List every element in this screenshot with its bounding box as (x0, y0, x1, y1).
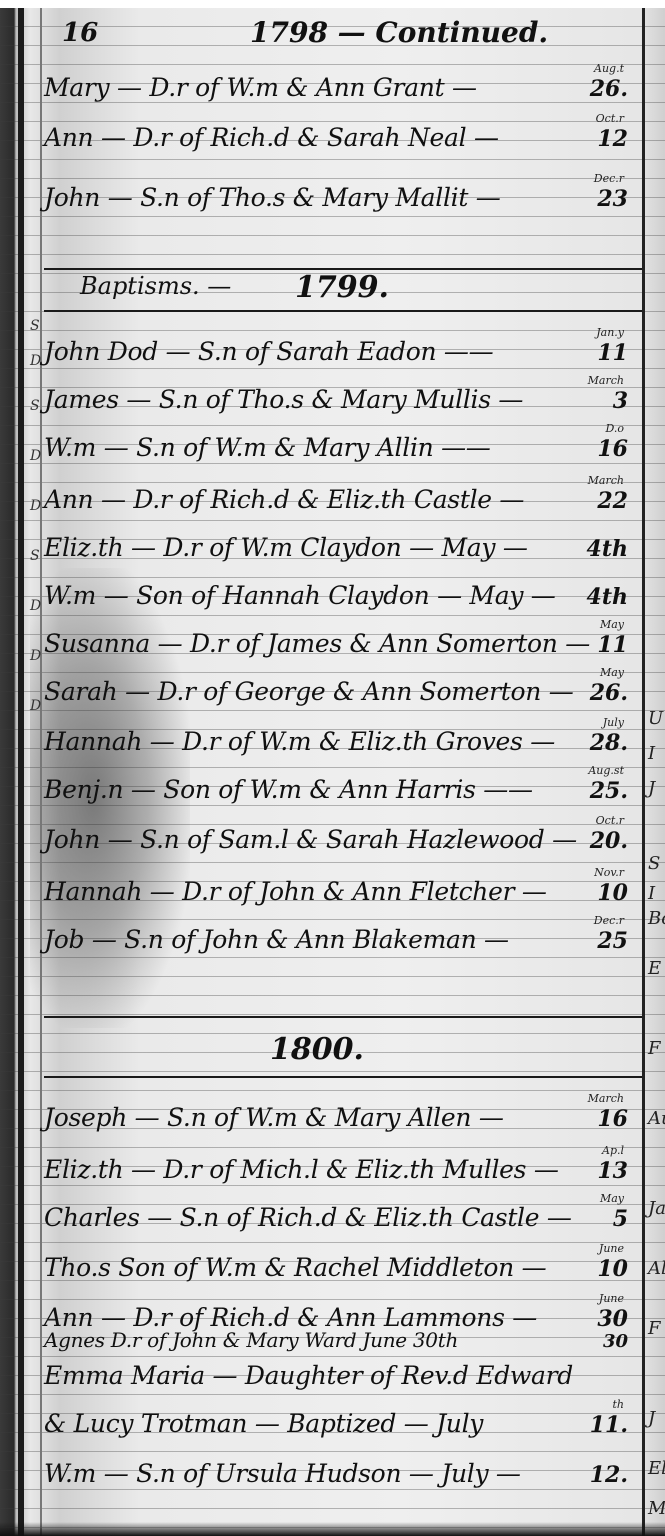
entry-text: Tho.s Son of W.m & Rachel Middleton — (44, 1253, 546, 1282)
register-entry: Sarah — D.r of George & Ann Somerton — M… (44, 670, 642, 710)
entry-text: Ann — D.r of Rich.d & Eliz.th Castle — (44, 485, 524, 514)
entry-day: 12. (590, 1462, 628, 1488)
adjacent-column-fragment: Ele (648, 1458, 665, 1479)
section-divider (44, 1016, 642, 1018)
margin-rule (40, 8, 42, 1536)
entry-month: March (588, 1092, 624, 1105)
margin-mark: D (30, 498, 41, 514)
entry-text: John — S.n of Sam.l & Sarah Hazlewood — (44, 825, 577, 854)
entry-month: May (600, 618, 624, 631)
register-entry: Benj.n — Son of W.m & Ann Harris —— Aug.… (44, 768, 642, 808)
register-entry: W.m — Son of Hannah Claydon — May — 4th (44, 574, 642, 614)
entry-day: 11 (597, 340, 628, 366)
entry-month: May (600, 1192, 624, 1205)
entry-day: 26. (590, 680, 628, 706)
entry-day: 16 (597, 436, 628, 462)
entry-month: July (603, 716, 624, 729)
entry-text: Susanna — D.r of James & Ann Somerton — (44, 629, 590, 658)
entry-day: 11 (597, 632, 628, 658)
adjacent-column-fragment: I (648, 743, 655, 764)
register-entry: John — S.n of Sam.l & Sarah Hazlewood — … (44, 818, 642, 858)
register-entry: Joseph — S.n of W.m & Mary Allen — March… (44, 1096, 642, 1136)
entry-day: 20. (590, 828, 628, 854)
entry-text: Agnes D.r of John & Mary Ward June 30th (44, 1328, 458, 1352)
entry-text: Mary — D.r of W.m & Ann Grant — (44, 73, 477, 102)
entry-text: Joseph — S.n of W.m & Mary Allen — (44, 1103, 504, 1132)
entry-day: 26. (590, 76, 628, 102)
binding-edge (18, 8, 24, 1536)
entry-month: Oct.r (596, 814, 624, 827)
entry-text: John Dod — S.n of Sarah Eadon —— (44, 337, 493, 366)
year-heading-1799: 1799. (295, 270, 389, 305)
entry-day: 25 (597, 928, 628, 954)
entry-text: Ann — D.r of Rich.d & Sarah Neal — (44, 123, 499, 152)
section-divider (44, 310, 642, 312)
margin-mark: D (30, 648, 41, 664)
entry-month: May (600, 666, 624, 679)
entry-text: & Lucy Trotman — Baptized — July (44, 1409, 483, 1438)
margin-mark: S (30, 398, 40, 414)
register-entry: Eliz.th — D.r of Mich.l & Eliz.th Mulles… (44, 1148, 642, 1188)
register-entry: Ann — D.r of Rich.d & Eliz.th Castle — M… (44, 478, 642, 518)
margin-mark: D (30, 448, 41, 464)
entry-text: W.m — Son of Hannah Claydon — May — (44, 581, 556, 610)
entry-month: June (599, 1242, 624, 1255)
register-entry: Susanna — D.r of James & Ann Somerton — … (44, 622, 642, 662)
entry-month: Dec.r (594, 914, 624, 927)
baptisms-heading: Baptisms. — (80, 272, 231, 300)
register-entry: John — S.n of Tho.s & Mary Mallit — Dec.… (44, 176, 642, 216)
entry-month: Jan.y (596, 326, 624, 339)
year-heading-1800: 1800. (270, 1032, 364, 1067)
register-entry: Hannah — D.r of John & Ann Fletcher — No… (44, 870, 642, 910)
adjacent-column-fragment: U (648, 708, 663, 729)
entry-month: Ap.l (602, 1144, 624, 1157)
adjacent-column-fragment: J (648, 1408, 655, 1429)
entry-month: Dec.r (594, 172, 624, 185)
entry-day: 13 (597, 1158, 628, 1184)
entry-month: D.o (605, 422, 624, 435)
margin-mark: S (30, 318, 40, 334)
register-entry: Hannah — D.r of W.m & Eliz.th Groves — J… (44, 720, 642, 760)
entry-month: March (588, 374, 624, 387)
register-entry: Tho.s Son of W.m & Rachel Middleton — Ju… (44, 1246, 642, 1286)
margin-mark: S (30, 548, 40, 564)
register-entry: James — S.n of Tho.s & Mary Mullis — Mar… (44, 378, 642, 418)
register-entry: Ann — D.r of Rich.d & Sarah Neal — Oct.r… (44, 116, 642, 156)
entry-month: March (588, 474, 624, 487)
entry-month: Aug.st (588, 764, 624, 777)
entry-day: 3 (613, 388, 628, 414)
entry-month: Oct.r (596, 112, 624, 125)
register-entry-inserted: Agnes D.r of John & Mary Ward June 30th … (44, 1326, 642, 1356)
adjacent-column-fragment: S (648, 853, 660, 874)
entry-day: 25. (590, 778, 628, 804)
register-entry: Eliz.th — D.r of W.m Claydon — May — 4th (44, 526, 642, 566)
entry-day: 5 (613, 1206, 628, 1232)
entry-month: th (612, 1398, 624, 1411)
adjacent-column-fragment: Bo (648, 908, 665, 929)
entry-month: Nov.r (594, 866, 624, 879)
register-entry: Mary — D.r of W.m & Ann Grant — Aug.t 26… (44, 66, 642, 106)
entry-day: 4th (587, 584, 628, 610)
entry-day: 28. (590, 730, 628, 756)
register-entry: W.m — S.n of Ursula Hudson — July — 12. (44, 1452, 642, 1492)
page-number: 16 (62, 18, 98, 48)
entry-text: Job — S.n of John & Ann Blakeman — (44, 925, 509, 954)
register-entry: Charles — S.n of Rich.d & Eliz.th Castle… (44, 1196, 642, 1236)
entry-month: Aug.t (594, 62, 624, 75)
register-entry-continued: & Lucy Trotman — Baptized — July th 11. (44, 1402, 642, 1442)
entry-day: 12 (597, 126, 628, 152)
register-entry: John Dod — S.n of Sarah Eadon —— Jan.y 1… (44, 330, 642, 370)
entry-text: Eliz.th — D.r of Mich.l & Eliz.th Mulles… (44, 1155, 559, 1184)
margin-mark: D (30, 598, 41, 614)
page-edge-shadow (0, 1522, 665, 1536)
entry-month: June (599, 1292, 624, 1305)
entry-text: Benj.n — Son of W.m & Ann Harris —— (44, 775, 533, 804)
register-entry: Job — S.n of John & Ann Blakeman — Dec.r… (44, 918, 642, 958)
continued-heading: 1798 — Continued. (250, 16, 548, 49)
adjacent-column-fragment: Au (648, 1108, 665, 1129)
entry-day: 16 (597, 1106, 628, 1132)
entry-day: 10 (597, 880, 628, 906)
adjacent-column-fragment: F (648, 1038, 661, 1059)
entry-text: Emma Maria — Daughter of Rev.d Edward (44, 1361, 573, 1390)
adjacent-column-fragment: M (648, 1498, 665, 1519)
margin-mark: D (30, 353, 41, 369)
adjacent-column-fragment: I (648, 883, 655, 904)
entry-day: 10 (597, 1256, 628, 1282)
adjacent-column-fragment: J (648, 778, 655, 799)
register-page: 16 1798 — Continued. Mary — D.r of W.m &… (0, 8, 665, 1536)
entry-day: 11. (590, 1412, 628, 1438)
entry-text: W.m — S.n of Ursula Hudson — July — (44, 1459, 521, 1488)
adjacent-column-fragment: Al (648, 1258, 665, 1279)
entry-day: 4th (587, 536, 628, 562)
register-entry: Emma Maria — Daughter of Rev.d Edward (44, 1354, 642, 1394)
adjacent-column-fragment: Ja (648, 1198, 665, 1219)
section-divider (44, 1076, 642, 1078)
entry-day: 22 (597, 488, 628, 514)
adjacent-column-fragment: E (648, 958, 661, 979)
register-entry: W.m — S.n of W.m & Mary Allin —— D.o 16 (44, 426, 642, 466)
entry-day: 30 (603, 1331, 628, 1352)
entry-text: John — S.n of Tho.s & Mary Mallit — (44, 183, 500, 212)
entry-text: James — S.n of Tho.s & Mary Mullis — (44, 385, 523, 414)
entry-text: Hannah — D.r of W.m & Eliz.th Groves — (44, 727, 555, 756)
entry-text: Sarah — D.r of George & Ann Somerton — (44, 677, 573, 706)
entry-text: Charles — S.n of Rich.d & Eliz.th Castle… (44, 1203, 572, 1232)
adjacent-column-fragment: F (648, 1318, 661, 1339)
entry-text: W.m — S.n of W.m & Mary Allin —— (44, 433, 491, 462)
entry-day: 23 (597, 186, 628, 212)
entry-text: Hannah — D.r of John & Ann Fletcher — (44, 877, 547, 906)
margin-mark: D (30, 698, 41, 714)
column-rule (642, 8, 645, 1536)
entry-text: Eliz.th — D.r of W.m Claydon — May — (44, 533, 528, 562)
